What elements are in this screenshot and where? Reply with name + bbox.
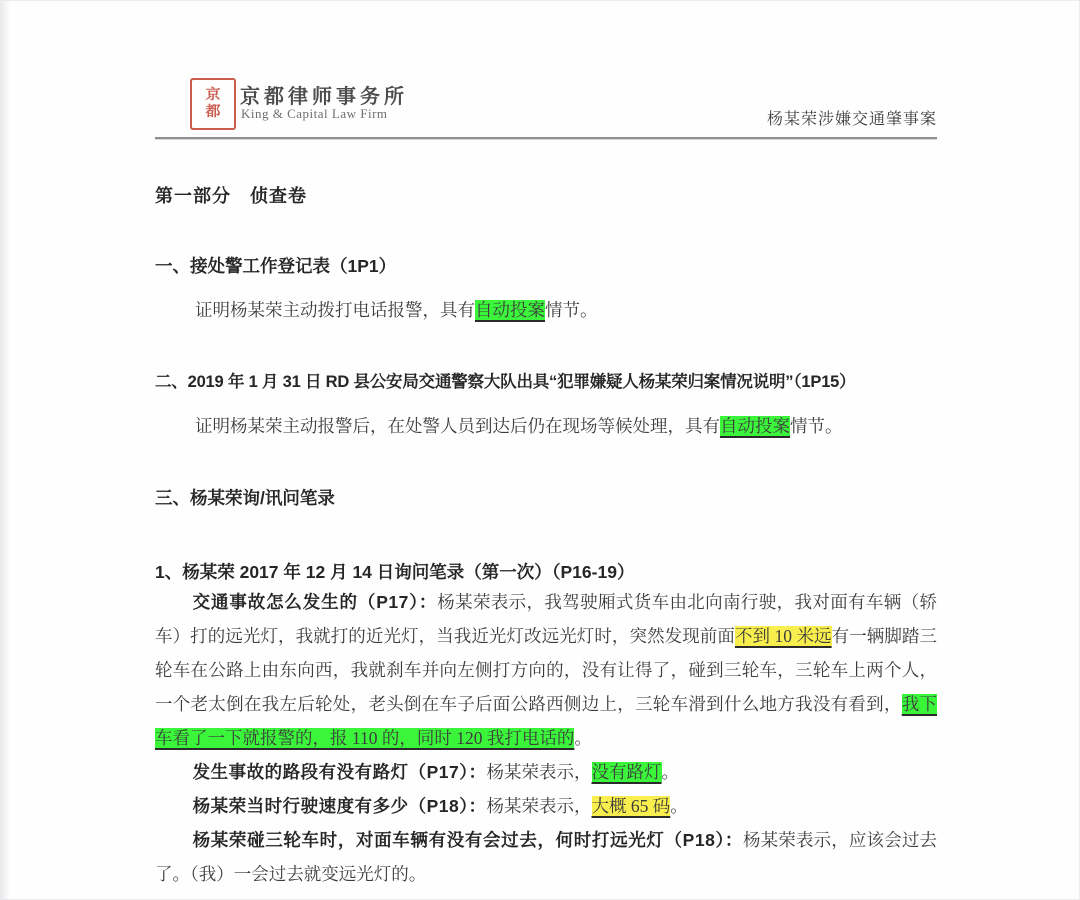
seal-char-top: 京: [205, 87, 220, 103]
seal-char-bottom: 都: [205, 104, 220, 120]
document-paragraph: 交通事故怎么发生的（P17）：杨某荣表示，我驾驶厢式货车由北向南行驶，我对面有车…: [155, 585, 937, 755]
page-edge-shade: [0, 0, 10, 900]
highlighted-text-green: 自动投案: [475, 300, 545, 320]
text-segment: 。: [662, 762, 680, 782]
document-paragraph: 杨某荣当时行驶速度有多少（P18）：杨某荣表示，大概 65 码。: [155, 789, 937, 823]
text-segment: 1、杨某荣 2017 年 12 月 14 日询问笔录（第一次）（P16-19）: [155, 562, 634, 582]
document-paragraph: 发生事故的路段有没有路灯（P17）：杨某荣表示，没有路灯。: [155, 755, 937, 789]
firm-name-en: King & Capital Law Firm: [241, 106, 388, 122]
document-heading: 三、杨某荣询/讯问笔录: [155, 485, 937, 511]
highlighted-text-yellow: 大概 65 码: [592, 796, 671, 816]
header-divider: [155, 137, 937, 140]
case-title: 杨某荣涉嫌交通肇事案: [767, 106, 937, 129]
highlighted-text-green: 自动投案: [720, 416, 790, 436]
text-segment: 杨某荣碰三轮车时，对面车辆有没有会过去，何时打远光灯（P18）：: [193, 830, 743, 850]
text-segment: 杨某荣表示，: [487, 796, 592, 816]
text-segment: 第一部分 侦查卷: [155, 186, 307, 206]
document-paragraph: 杨某荣碰三轮车时，对面车辆有没有会过去，何时打远光灯（P18）：杨某荣表示，应该…: [155, 823, 937, 891]
text-segment: 。: [574, 728, 592, 748]
firm-name-cn: 京都律师事务所: [240, 80, 408, 109]
text-segment: 交通事故怎么发生的（P17）：: [193, 592, 438, 612]
law-firm-seal-icon: 京 都: [190, 78, 236, 130]
document-content: 第一部分 侦查卷一、接处警工作登记表（1P1）证明杨某荣主动拨打电话报警，具有自…: [155, 175, 937, 891]
text-segment: 二、2019 年 1 月 31 日 RD 县公安局交通警察大队出具“犯罪嫌疑人杨…: [155, 373, 855, 391]
text-segment: 杨某荣表示，: [487, 762, 592, 782]
document-paragraph: 证明杨某荣主动拨打电话报警，具有自动投案情节。: [155, 295, 937, 325]
document-heading: 1、杨某荣 2017 年 12 月 14 日询问笔录（第一次）（P16-19）: [155, 559, 937, 585]
document-page: 京 都 京都律师事务所 King & Capital Law Firm 杨某荣涉…: [0, 0, 1080, 900]
document-heading: 一、接处警工作登记表（1P1）: [155, 253, 937, 279]
text-segment: 三、杨某荣询/讯问笔录: [155, 488, 335, 508]
highlighted-text-yellow: 不到 10 米远: [735, 626, 832, 646]
text-segment: 情节。: [790, 416, 843, 436]
document-heading: 二、2019 年 1 月 31 日 RD 县公安局交通警察大队出具“犯罪嫌疑人杨…: [155, 369, 937, 395]
document-paragraph: 证明杨某荣主动报警后，在处警人员到达后仍在现场等候处理，具有自动投案情节。: [155, 411, 937, 441]
text-segment: 证明杨某荣主动报警后，在处警人员到达后仍在现场等候处理，具有: [195, 416, 720, 436]
document-heading: 第一部分 侦查卷: [155, 183, 937, 209]
highlighted-text-green: 没有路灯: [592, 762, 662, 782]
text-segment: 杨某荣当时行驶速度有多少（P18）：: [193, 796, 487, 816]
text-segment: 情节。: [545, 300, 598, 320]
text-segment: 证明杨某荣主动拨打电话报警，具有: [195, 300, 475, 320]
text-segment: 。: [670, 796, 688, 816]
text-segment: 一、接处警工作登记表（1P1）: [155, 256, 396, 276]
text-segment: 发生事故的路段有没有路灯（P17）：: [193, 762, 487, 782]
